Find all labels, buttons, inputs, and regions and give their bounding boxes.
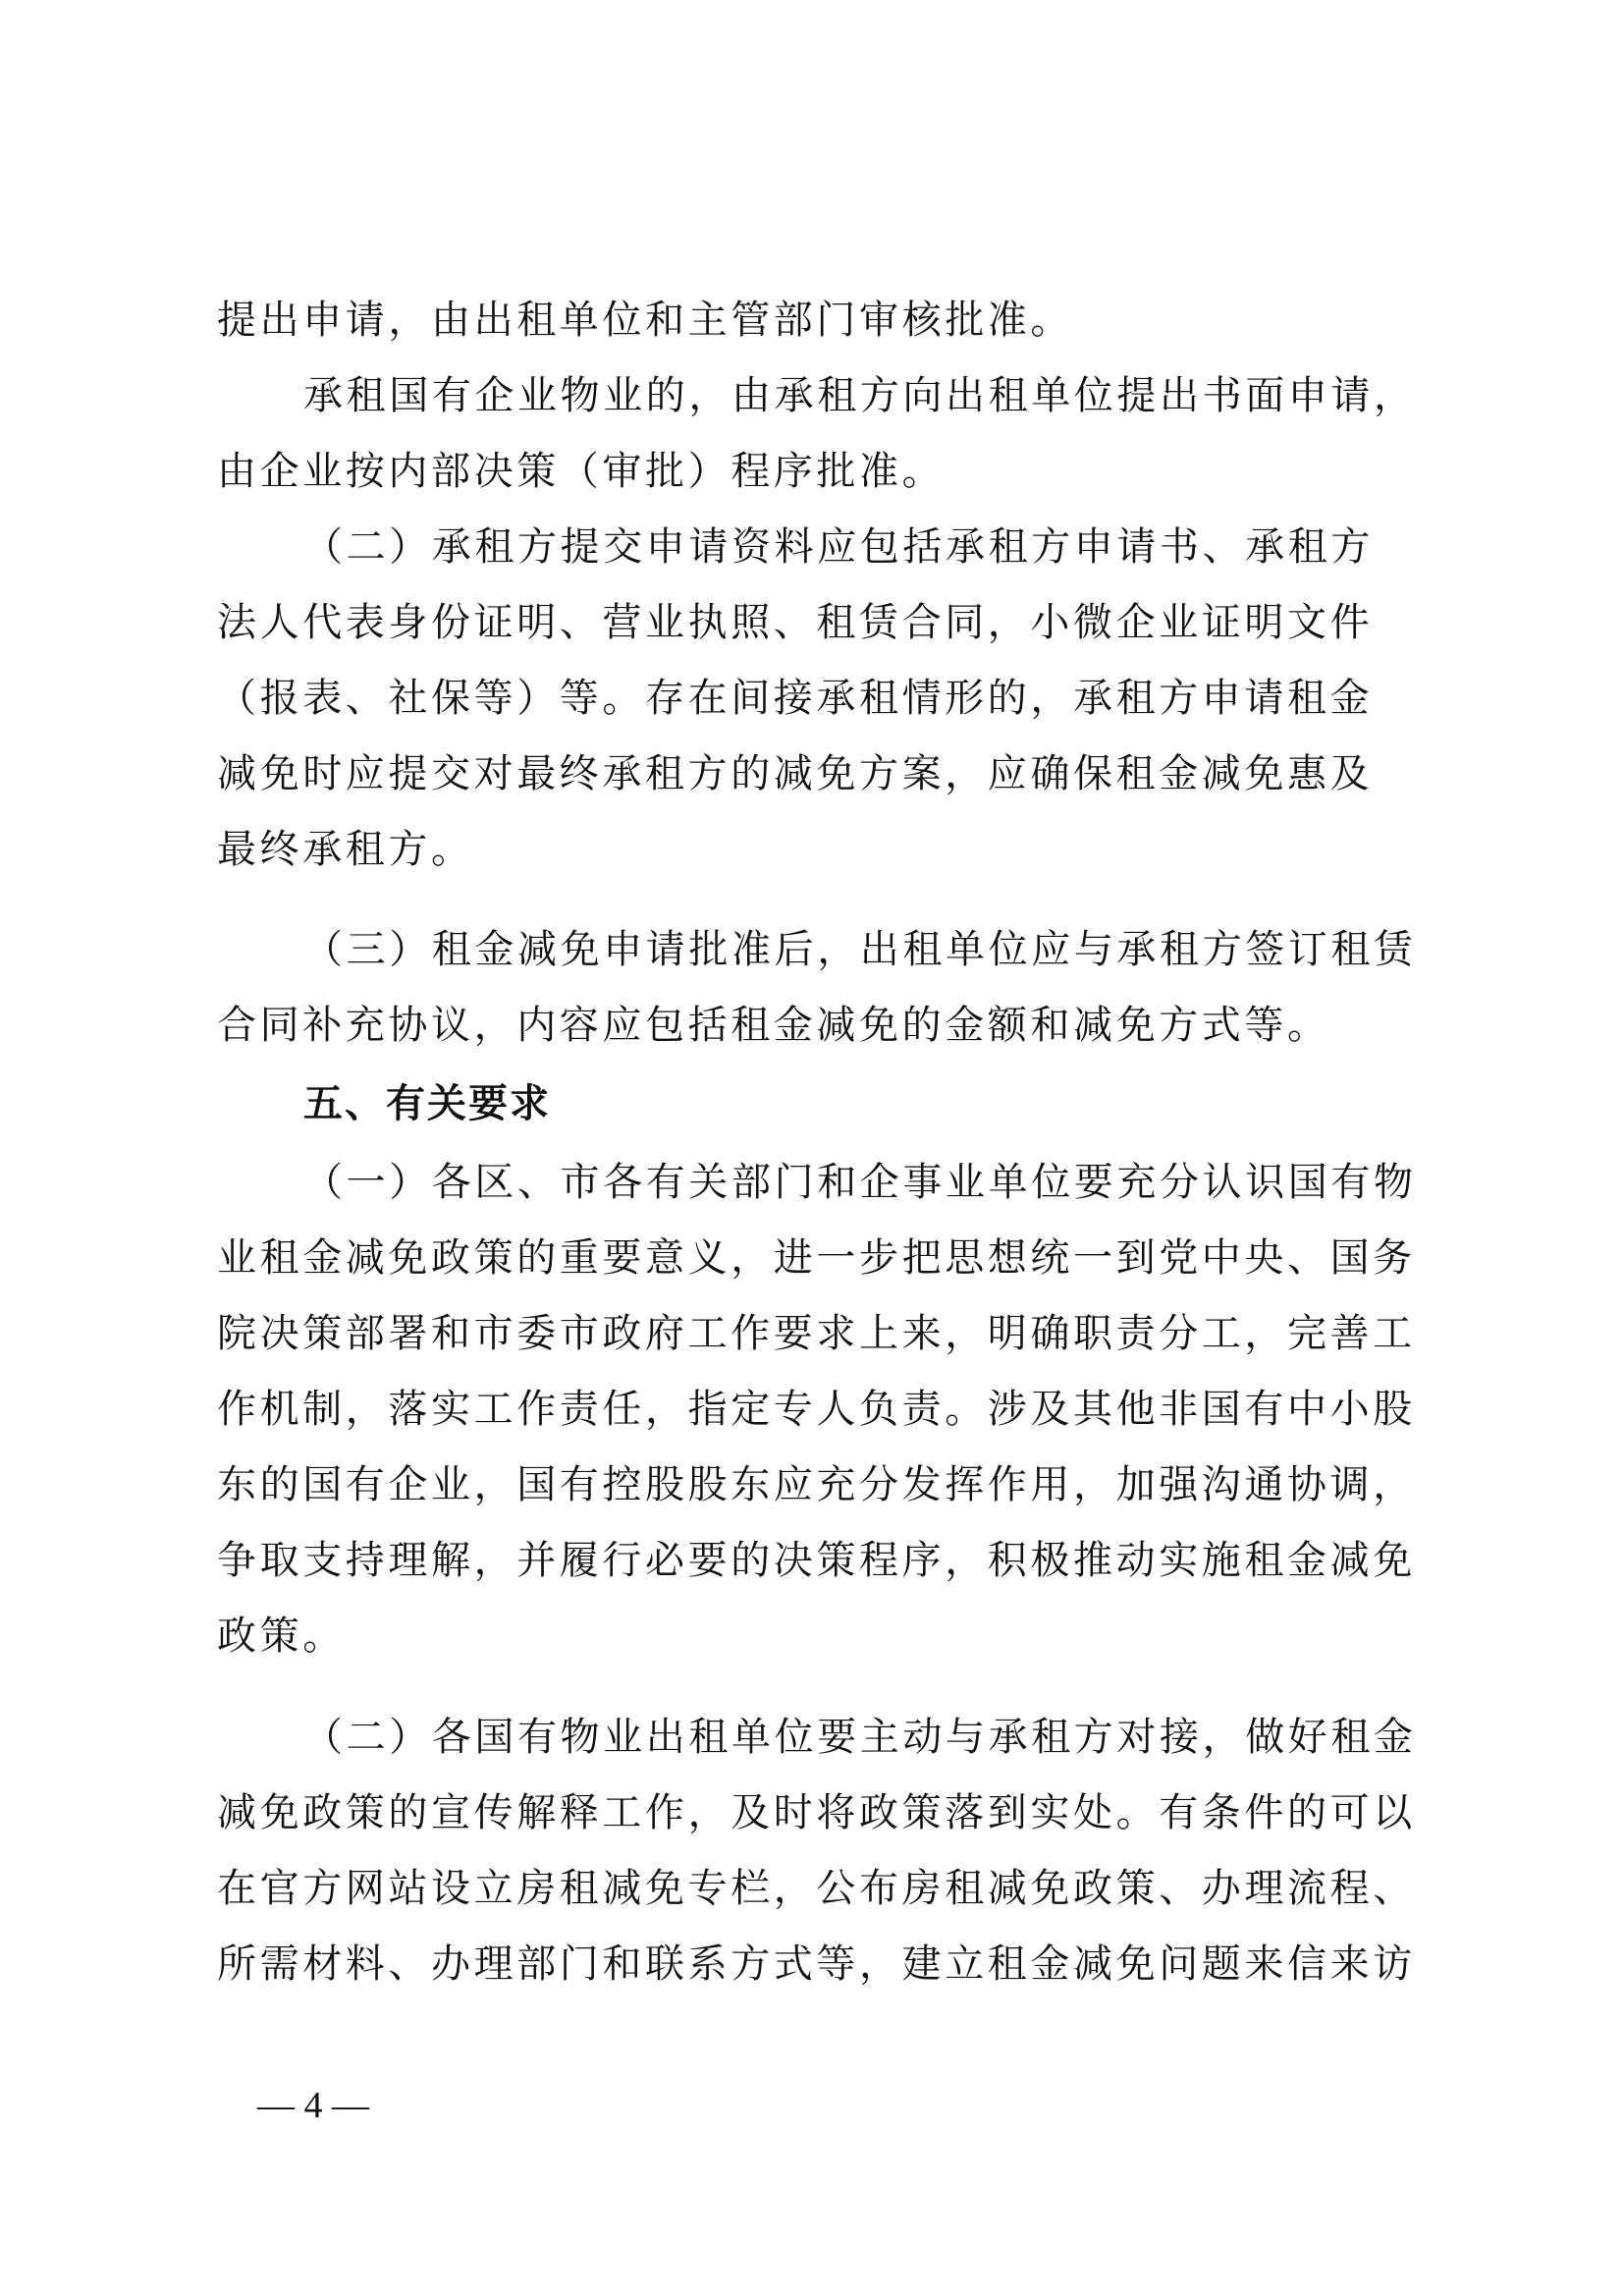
paragraph-line: （三）租金减免申请批准后，出租单位应与承租方签订租赁 (303, 926, 1417, 973)
paragraph-line: 争取支持理解，并履行必要的决策程序，积极推动实施租金减免 (217, 1537, 1416, 1584)
paragraph-line: （报表、社保等）等。存在间接承租情形的，承租方申请租金 (217, 675, 1373, 722)
paragraph-line: 提出申请，由出租单位和主管部门审核批准。 (217, 297, 1073, 344)
paragraph-line: 法人代表身份证明、营业执照、租赁合同，小微企业证明文件 (217, 599, 1373, 646)
paragraph-line: 减免政策的宣传解释工作，及时将政策落到实处。有条件的可以 (217, 1789, 1416, 1836)
paragraph-line: 减免时应提交对最终承租方的减免方案，应确保租金减免惠及 (217, 750, 1373, 797)
paragraph-line: 合同补充协议，内容应包括租金减免的金额和减免方式等。 (217, 1002, 1330, 1049)
paragraph-line: 东的国有企业，国有控股股东应充分发挥作用，加强沟通协调， (217, 1461, 1416, 1508)
paragraph-line: （一）各区、市各有关部门和企事业单位要充分认识国有物 (303, 1159, 1417, 1206)
paragraph-line: 院决策部署和市委市政府工作要求上来，明确职责分工，完善工 (217, 1310, 1416, 1357)
paragraph-line: 最终承租方。 (217, 826, 474, 873)
paragraph-line: 由企业按内部决策（审批）程序批准。 (217, 448, 945, 495)
paragraph-line: （二）承租方提交申请资料应包括承租方申请书、承租方 (303, 523, 1374, 571)
document-page: 提出申请，由出租单位和主管部门审核批准。 承租国有企业物业的，由承租方向出租单位… (0, 0, 1623, 2296)
section-heading: 五、有关要求 (303, 1080, 551, 1127)
paragraph-line: 在官方网站设立房租减免专栏，公布房租减免政策、办理流程、 (217, 1865, 1416, 1912)
page-number: — 4 — (257, 2084, 369, 2127)
paragraph-line: 承租国有企业物业的，由承租方向出租单位提出书面申请， (303, 372, 1417, 419)
paragraph-line: 作机制，落实工作责任，指定专人负责。涉及其他非国有中小股 (217, 1386, 1416, 1433)
paragraph-line: 政策。 (217, 1613, 346, 1660)
paragraph-line: （二）各国有物业出租单位要主动与承租方对接，做好租金 (303, 1714, 1417, 1761)
paragraph-line: 所需材料、办理部门和联系方式等，建立租金减免问题来信来访 (217, 1941, 1416, 1988)
paragraph-line: 业租金减免政策的重要意义，进一步把思想统一到党中央、国务 (217, 1234, 1416, 1282)
